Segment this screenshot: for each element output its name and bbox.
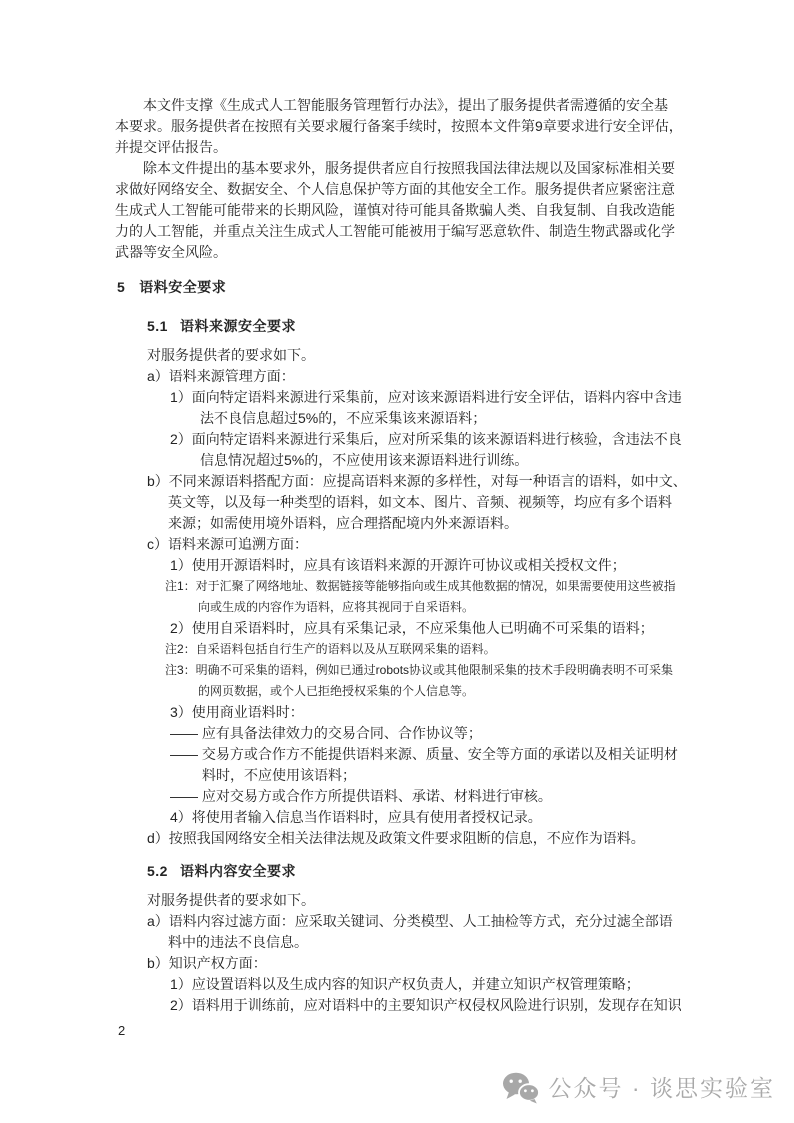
intro-line: 对服务提供者的要求如下。 [115, 890, 707, 911]
numbered-item: 1）使用开源语料时，应具有该语料来源的开源许可协议或相关授权文件； [115, 555, 707, 576]
lettered-item: d）按照我国网络安全相关法律法规及政策文件要求阻断的信息，不应作为语料。 [115, 828, 707, 849]
note-line: 注1：对于汇聚了网络地址、数据链接等能够指向或生成其他数据的情况，如果需要使用这… [115, 576, 707, 597]
paragraph-line: 武器等安全风险。 [115, 242, 707, 263]
paragraph-line: 并提交评估报告。 [115, 137, 707, 158]
numbered-item-wrap: 信息情况超过5%的，不应使用该来源语料进行训练。 [115, 450, 707, 471]
numbered-item-wrap: 法不良信息超过5%的，不应采集该来源语料； [115, 408, 707, 429]
numbered-item: 4）将使用者输入信息当作语料时，应具有使用者授权记录。 [115, 807, 707, 828]
document-page: 本文件支撑《生成式人工智能服务管理暂行办法》，提出了服务提供者需遵循的安全基本要… [0, 0, 794, 1123]
watermark: 公众号 · 谈思实验室 [502, 1071, 775, 1105]
paragraph-line: 求做好网络安全、数据安全、个人信息保护等方面的其他安全工作。服务提供者应紧密注意 [115, 179, 707, 200]
numbered-item: 2）使用自采语料时，应具有采集记录，不应采集他人已明确不可采集的语料； [115, 618, 707, 639]
heading-title: 语料来源安全要求 [180, 318, 296, 334]
heading-number: 5.1 [147, 316, 168, 337]
paragraph-line: 生成式人工智能可能带来的长期风险，谨慎对待可能具备欺骗人类、自我复制、自我改造能 [115, 200, 707, 221]
dash-item-wrap: 料时，不应使用该语料； [115, 765, 707, 786]
dash-item: —— 应对交易方或合作方所提供语料、承诺、材料进行审核。 [115, 786, 707, 807]
subsection-heading: 5.2语料内容安全要求 [115, 861, 707, 882]
intro-line: 对服务提供者的要求如下。 [115, 345, 707, 366]
lettered-item: b）知识产权方面： [115, 953, 707, 974]
heading-number: 5 [117, 277, 125, 298]
dash-item: —— 交易方或合作方不能提供语料来源、质量、安全等方面的承诺以及相关证明材 [115, 744, 707, 765]
note-wrap: 的网页数据，或个人已拒绝授权采集的个人信息等。 [115, 681, 707, 702]
numbered-item: 2）面向特定语料来源进行采集后，应对所采集的该来源语料进行核验，含违法不良 [115, 429, 707, 450]
subsection-heading: 5.1语料来源安全要求 [115, 316, 707, 337]
heading-number: 5.2 [147, 861, 168, 882]
numbered-item: 1）面向特定语料来源进行采集前，应对该来源语料进行安全评估，语料内容中含违 [115, 387, 707, 408]
watermark-text: 公众号 · 谈思实验室 [549, 1071, 775, 1105]
heading-title: 语料内容安全要求 [180, 863, 296, 879]
wechat-icon [502, 1072, 540, 1104]
lettered-item-wrap: 料中的违法不良信息。 [115, 932, 707, 953]
dash-item: —— 应有具备法律效力的交易合同、合作协议等； [115, 723, 707, 744]
note-wrap: 向或生成的内容作为语料，应将其视同于自采语料。 [115, 597, 707, 618]
numbered-item: 2）语料用于训练前，应对语料中的主要知识产权侵权风险进行识别，发现存在知识 [115, 995, 707, 1016]
lettered-item: b）不同来源语料搭配方面：应提高语料来源的多样性，对每一种语言的语料，如中文、 [115, 471, 707, 492]
paragraph-line: 力的人工智能，并重点关注生成式人工智能可能被用于编写恶意软件、制造生物武器或化学 [115, 221, 707, 242]
document-body: 本文件支撑《生成式人工智能服务管理暂行办法》，提出了服务提供者需遵循的安全基本要… [115, 95, 707, 1016]
note-line: 注2：自采语料包括自行生产的语料以及从互联网采集的语料。 [115, 639, 707, 660]
paragraph-line: 本文件支撑《生成式人工智能服务管理暂行办法》，提出了服务提供者需遵循的安全基 [115, 95, 707, 116]
note-line: 注3：明确不可采集的语料，例如已通过robots协议或其他限制采集的技术手段明确… [115, 660, 707, 681]
lettered-item-wrap: 来源；如需使用境外语料，应合理搭配境内外来源语料。 [115, 513, 707, 534]
heading-title: 语料安全要求 [139, 279, 226, 295]
lettered-item-wrap: 英文等，以及每一种类型的语料，如文本、图片、音频、视频等，均应有多个语料 [115, 492, 707, 513]
numbered-item: 3）使用商业语料时： [115, 702, 707, 723]
numbered-item: 1）应设置语料以及生成内容的知识产权负责人，并建立知识产权管理策略； [115, 974, 707, 995]
lettered-item: a）语料来源管理方面： [115, 366, 707, 387]
page-number: 2 [118, 1023, 125, 1039]
paragraph-line: 除本文件提出的基本要求外，服务提供者应自行按照我国法律法规以及国家标准相关要 [115, 158, 707, 179]
lettered-item: a）语料内容过滤方面：应采取关键词、分类模型、人工抽检等方式，充分过滤全部语 [115, 911, 707, 932]
section-heading: 5语料安全要求 [115, 277, 707, 298]
lettered-item: c）语料来源可追溯方面： [115, 534, 707, 555]
paragraph-line: 本要求。服务提供者在按照有关要求履行备案手续时，按照本文件第9章要求进行安全评估… [115, 116, 707, 137]
